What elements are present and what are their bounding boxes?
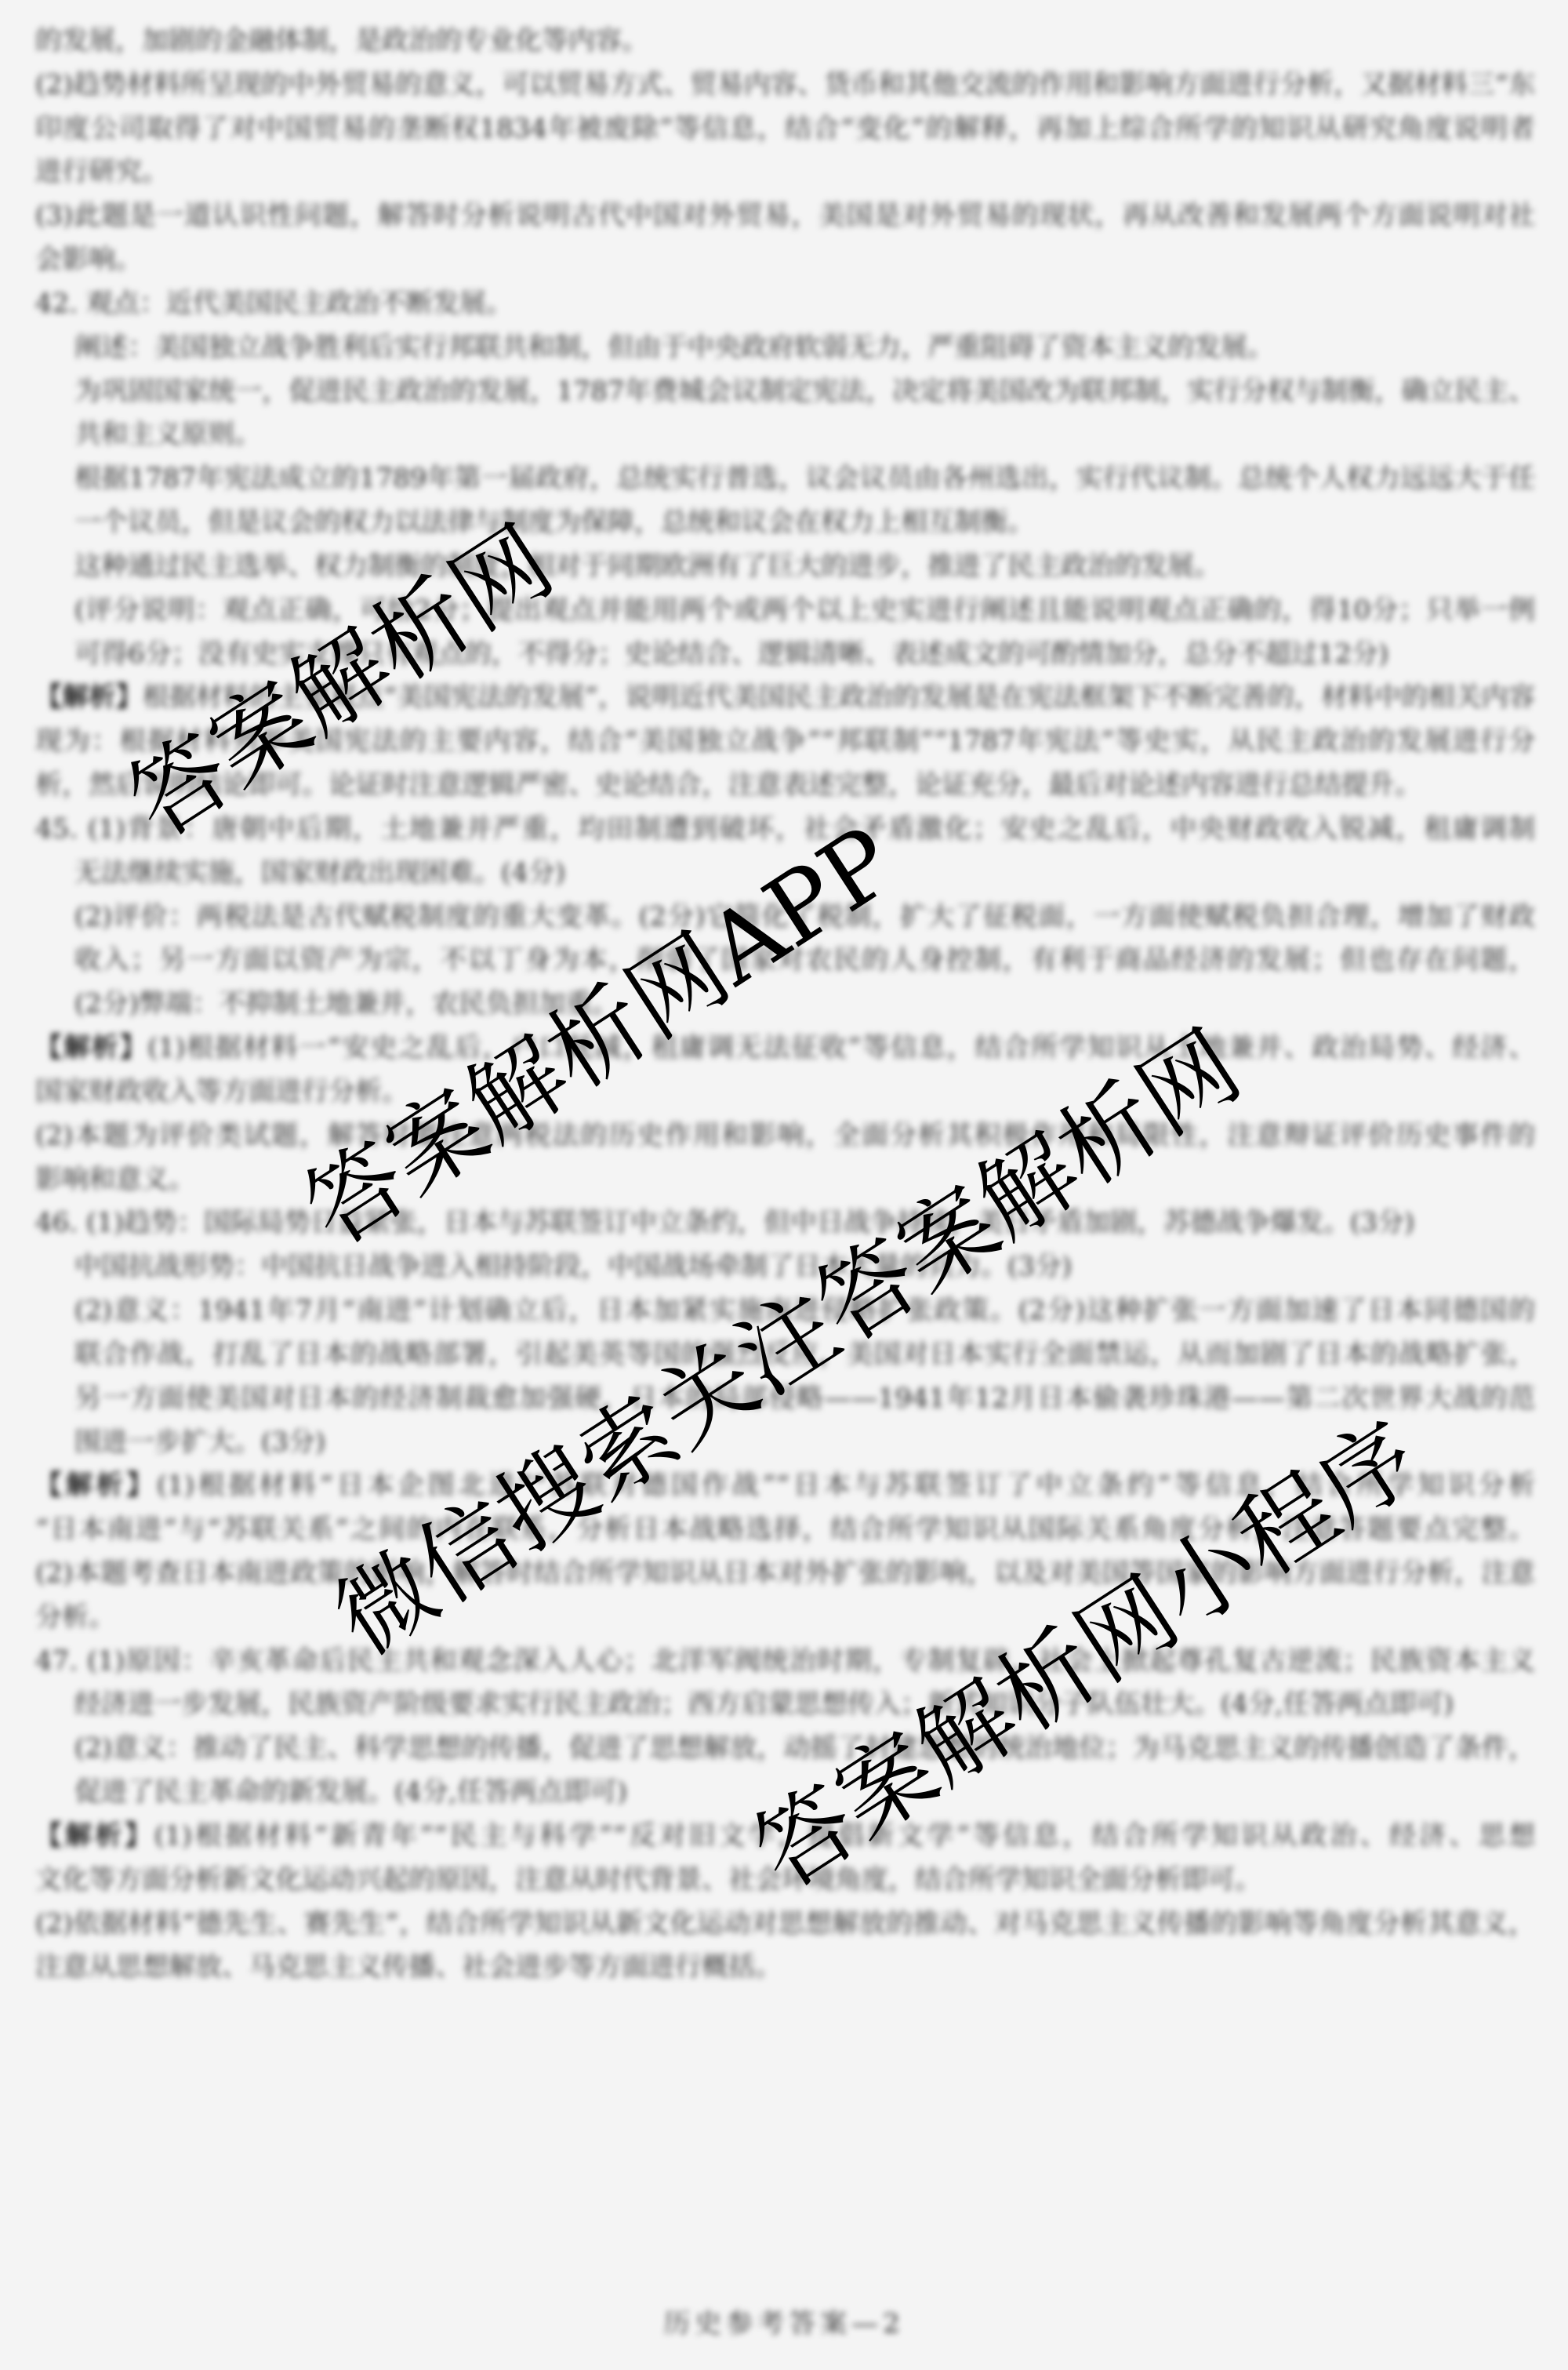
text-line: 注意从思想解放、马克思主义传播、社会进步等方面进行概括。 (0, 1946, 1535, 1990)
text-line: (2)依据材料“德先生、赛先生”，结合所学知识从新文化运动对思想解放的推动、对马… (0, 1903, 1535, 1947)
line-text: 分析。 (35, 1601, 115, 1633)
line-text: 一个议员，但是议会的权力以法律与制度为保障，总统和议会在权力上相互制衡。 (74, 507, 1034, 538)
text-line: 经济进一步发展，民族资产阶级要求实行民主政治；西方启蒙思想传入；新式知识分子队伍… (0, 1683, 1535, 1727)
scoring-note: (评分说明：观点正确，可给2分；提出观点并能用两个或两个以上史实进行阐述且能说明… (0, 589, 1535, 633)
text-line: 阐述：美国独立战争胜利后实行邦联共和制，但由于中央政府软弱无力，严重阻碍了资本主… (0, 326, 1535, 370)
line-text: (2)意义：推动了民主、科学思想的传播，促进了思想解放，动摇了封建思想的统治地位… (74, 1732, 1535, 1764)
line-text: 国家财政收入等方面进行分析。 (35, 1076, 408, 1107)
line-text: (2)本题为评价类试题，解答时要注意两税法的历史作用和影响，全面分析其积极作用和… (35, 1120, 1535, 1151)
question-heading: 46. (1)趋势：国际局势日益紧张，日本与苏联签订中立条约，但中日战争持续，美… (0, 1201, 1535, 1245)
line-text: (评分说明：观点正确，可给2分；提出观点并能用两个或两个以上史实进行阐述且能说明… (74, 594, 1535, 633)
line-text: 45. (1)背景：唐朝中后期，土地兼并严重，均田制遭到破坏，社会矛盾激化；安史… (35, 813, 1535, 845)
analysis-tag: 【解析】 (35, 1032, 147, 1063)
text-line: 一个议员，但是议会的权力以法律与制度为保障，总统和议会在权力上相互制衡。 (0, 501, 1535, 545)
text-line: 根据1787年宪法成立的1789年第一届政府，总统实行普选，议会议员由各州选出，… (0, 457, 1535, 501)
line-text: 促进了民主革命的新发展。(4分,任答两点即可) (74, 1776, 627, 1808)
scoring-note: 可得6分；没有史实支撑只有观点的，不得分；史论结合、逻辑清晰、表述成文的可酌情加… (0, 633, 1535, 677)
line-text: 46. (1)趋势：国际局势日益紧张，日本与苏联签订中立条约，但中日战争持续，美… (35, 1207, 1414, 1238)
line-text: 的发展，加剧的金融体制，是政治的专业化等内容。 (35, 25, 648, 56)
line-text: 围进一步扩大。(3分) (74, 1427, 325, 1458)
analysis-tag: 【解析】 (35, 682, 143, 713)
question-heading: 47. (1)原因：辛亥革命后民主共和观念深入人心；北洋军阀统治时期，专制复辟，… (0, 1640, 1535, 1684)
line-text: 会影响。 (35, 244, 142, 275)
line-text: (3)此题是一道认识性问题，解答时分析说明古代中国对外贸易，美国是对外贸易的现状… (35, 200, 1535, 231)
line-text: 47. (1)原因：辛亥革命后民主共和观念深入人心；北洋军阀统治时期，专制复辟，… (35, 1645, 1535, 1677)
line-text: 这种通过民主选举、权力制衡的制度，相对于同期欧洲有了巨大的进步，推进了民主政治的… (74, 551, 1221, 582)
text-line: (2)本题为评价类试题，解答时要注意两税法的历史作用和影响，全面分析其积极作用和… (0, 1114, 1535, 1158)
text-line: (2)趋势材料所呈现的中外贸易的意义，可以贸易方式、贸易内容、货币和其他交流的作… (0, 64, 1535, 107)
line-text: 42. 观点：近代美国民主政治不断发展。 (35, 288, 513, 319)
answer-document: 的发展，加剧的金融体制，是政治的专业化等内容。 (2)趋势材料所呈现的中外贸易的… (0, 20, 1568, 1990)
analysis-line: 【解析】(1)根据材料一“安史之乱后，户口耗减，租庸调无法征收”等信息，结合所学… (0, 1027, 1535, 1070)
line-text: 影响和意义。 (35, 1164, 195, 1195)
line-text: 阐述：美国独立战争胜利后实行邦联共和制，但由于中央政府软弱无力，严重阻碍了资本主… (74, 332, 1274, 363)
text-line: 中国抗战形势：中国抗日战争进入相持阶段，中国战场牵制了日本大量的兵力。(3分) (0, 1245, 1535, 1289)
line-text: (2)依据材料“德先生、赛先生”，结合所学知识从新文化运动对思想解放的推动、对马… (35, 1908, 1535, 1939)
line-text: 注意从思想解放、马克思主义传播、社会进步等方面进行概括。 (35, 1951, 782, 1983)
text-line: 分析。 (0, 1596, 1535, 1640)
text-line: 会影响。 (0, 238, 1535, 282)
text-line: 共和主义原则。 (0, 413, 1535, 457)
line-text: (1)根据材料一“安史之乱后，户口耗减，租庸调无法征收”等信息，结合所学知识从土… (147, 1032, 1535, 1063)
text-line: (2)意义：推动了民主、科学思想的传播，促进了思想解放，动摇了封建思想的统治地位… (0, 1727, 1535, 1771)
text-line: 的发展，加剧的金融体制，是政治的专业化等内容。 (0, 20, 1535, 64)
text-line: 印度公司取得了对中国贸易的垄断权1834年被废除”等信息，结合“变化”的解释，再… (0, 107, 1535, 151)
text-line: (3)此题是一道认识性问题，解答时分析说明古代中国对外贸易，美国是对外贸易的现状… (0, 194, 1535, 238)
text-line: 进行研究。 (0, 151, 1535, 194)
line-text: 根据1787年宪法成立的1789年第一届政府，总统实行普选，议会议员由各州选出，… (74, 463, 1535, 501)
text-line: 这种通过民主选举、权力制衡的制度，相对于同期欧洲有了巨大的进步，推进了民主政治的… (0, 545, 1535, 589)
line-text: 进行研究。 (35, 156, 169, 187)
question-heading: 42. 观点：近代美国民主政治不断发展。 (0, 282, 1535, 326)
line-text: 共和主义原则。 (74, 419, 261, 450)
text-line: 为巩固国家统一，促进民主政治的发展，1787年费城会议制定宪法，决定将美国改为联… (0, 370, 1535, 414)
analysis-tag: 【解析】 (35, 1470, 157, 1501)
analysis-tag: 【解析】 (35, 1820, 154, 1852)
line-text: 为巩固国家统一，促进民主政治的发展，1787年费城会议制定宪法，决定将美国改为联… (74, 376, 1535, 407)
line-text: (2)趋势材料所呈现的中外贸易的意义，可以贸易方式、贸易内容、货币和其他交流的作… (35, 69, 1535, 100)
page-footer: 历史参考答案—2 (0, 2308, 1568, 2339)
line-text: 文化等方面分析新文化运动兴起的原因，注意从时代背景、社会环境角度，结合所学知识全… (35, 1864, 1261, 1896)
line-text: 印度公司取得了对中国贸易的垄断权1834年被废除”等信息，结合“变化”的解释，再… (35, 113, 1535, 144)
line-text: 无法继续实施，国家财政出现困难。(4分) (74, 857, 565, 889)
text-line: 国家财政收入等方面进行分析。 (0, 1070, 1535, 1114)
text-line: 影响和意义。 (0, 1158, 1535, 1202)
line-text: 经济进一步发展，民族资产阶级要求实行民主政治；西方启蒙思想传入；新式知识分子队伍… (74, 1688, 1454, 1720)
